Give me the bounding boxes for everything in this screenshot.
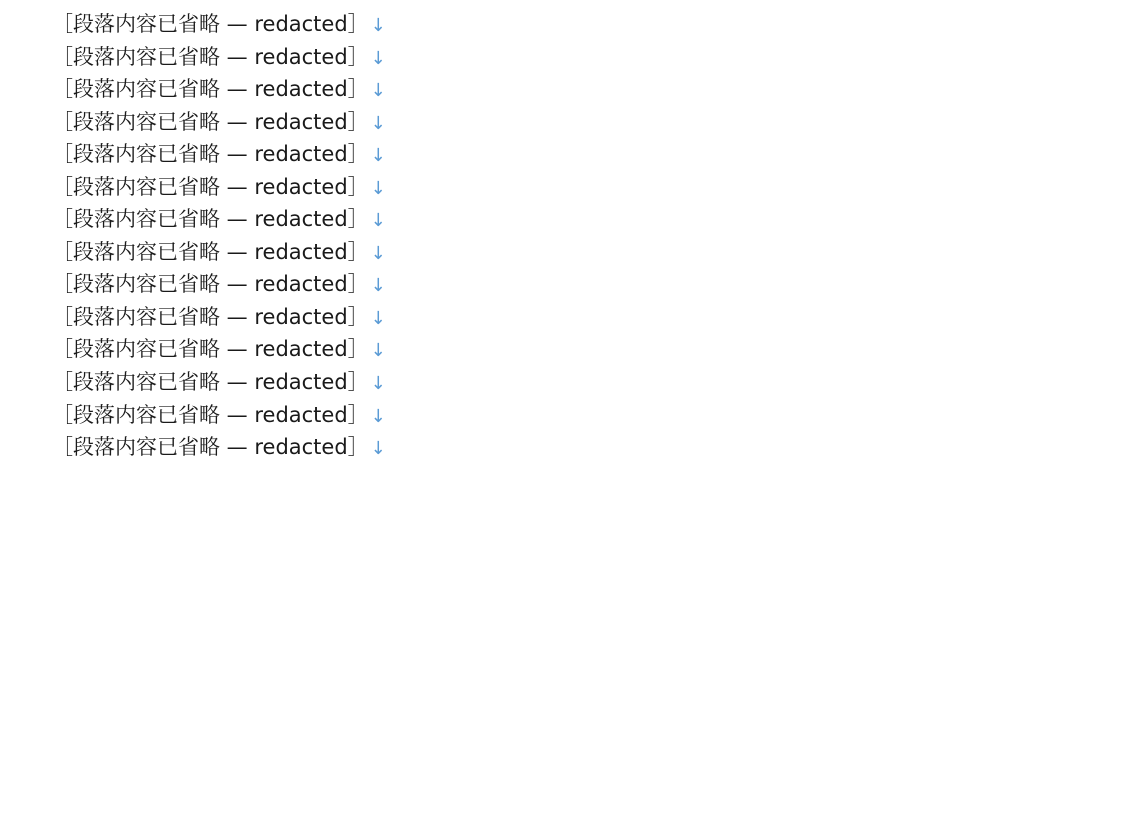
paragraph-mark-icon: ↓ <box>371 373 386 394</box>
paragraph: ［段落内容已省略 — redacted］↓ <box>10 203 1131 236</box>
paragraph-mark-icon: ↓ <box>371 406 386 427</box>
paragraph-text: ［段落内容已省略 — redacted］ <box>52 337 369 361</box>
paragraph: ［段落内容已省略 — redacted］↓ <box>10 236 1131 269</box>
paragraph-mark-icon: ↓ <box>371 15 386 36</box>
paragraph-text: ［段落内容已省略 — redacted］ <box>52 77 369 101</box>
paragraph-mark-icon: ↓ <box>371 80 386 101</box>
document-page: ［段落内容已省略 — redacted］↓［段落内容已省略 — redacted… <box>0 0 1141 823</box>
paragraph: ［段落内容已省略 — redacted］↓ <box>10 399 1131 432</box>
paragraph: ［段落内容已省略 — redacted］↓ <box>10 41 1131 74</box>
paragraph: ［段落内容已省略 — redacted］↓ <box>10 73 1131 106</box>
paragraph-text: ［段落内容已省略 — redacted］ <box>52 403 369 427</box>
paragraph-mark-icon: ↓ <box>371 308 386 329</box>
paragraph-text: ［段落内容已省略 — redacted］ <box>52 142 369 166</box>
paragraph-mark-icon: ↓ <box>371 210 386 231</box>
paragraph-text: ［段落内容已省略 — redacted］ <box>52 207 369 231</box>
paragraph: ［段落内容已省略 — redacted］↓ <box>10 8 1131 41</box>
paragraph-mark-icon: ↓ <box>371 275 386 296</box>
paragraph-text: ［段落内容已省略 — redacted］ <box>52 110 369 134</box>
paragraph: ［段落内容已省略 — redacted］↓ <box>10 333 1131 366</box>
paragraph: ［段落内容已省略 — redacted］↓ <box>10 106 1131 139</box>
paragraph-text: ［段落内容已省略 — redacted］ <box>52 435 369 459</box>
paragraph-text: ［段落内容已省略 — redacted］ <box>52 12 369 36</box>
paragraph: ［段落内容已省略 — redacted］↓ <box>10 138 1131 171</box>
paragraph-text: ［段落内容已省略 — redacted］ <box>52 175 369 199</box>
paragraph-text: ［段落内容已省略 — redacted］ <box>52 45 369 69</box>
paragraph: ［段落内容已省略 — redacted］↓ <box>10 301 1131 334</box>
paragraph: ［段落内容已省略 — redacted］↓ <box>10 431 1131 464</box>
paragraph-mark-icon: ↓ <box>371 243 386 264</box>
paragraph-text: ［段落内容已省略 — redacted］ <box>52 240 369 264</box>
paragraph: ［段落内容已省略 — redacted］↓ <box>10 268 1131 301</box>
paragraph-mark-icon: ↓ <box>371 48 386 69</box>
paragraph-mark-icon: ↓ <box>371 145 386 166</box>
paragraph-mark-icon: ↓ <box>371 113 386 134</box>
paragraph-mark-icon: ↓ <box>371 340 386 361</box>
paragraph-text: ［段落内容已省略 — redacted］ <box>52 370 369 394</box>
paragraph-mark-icon: ↓ <box>371 438 386 459</box>
paragraph: ［段落内容已省略 — redacted］↓ <box>10 171 1131 204</box>
paragraph-text: ［段落内容已省略 — redacted］ <box>52 305 369 329</box>
paragraph: ［段落内容已省略 — redacted］↓ <box>10 366 1131 399</box>
paragraph-text: ［段落内容已省略 — redacted］ <box>52 272 369 296</box>
paragraph-mark-icon: ↓ <box>371 178 386 199</box>
